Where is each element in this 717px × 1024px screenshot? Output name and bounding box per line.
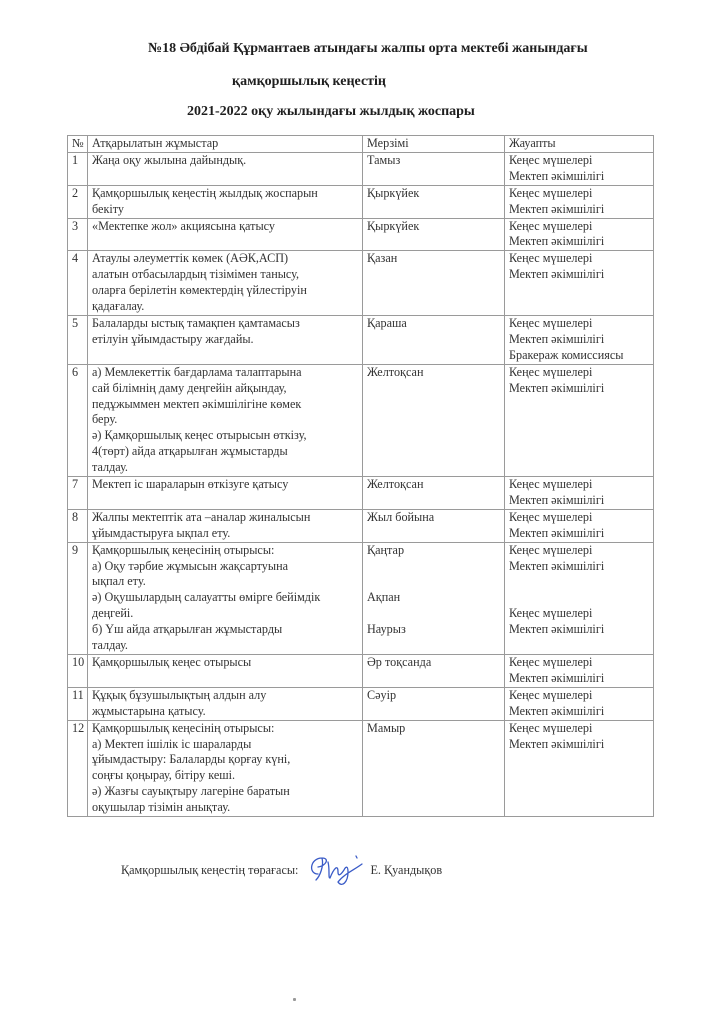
work-description-line: беру. xyxy=(92,412,359,428)
responsible-line: Кеңес мүшелері xyxy=(509,688,650,704)
work-description-line: Мектеп іс шараларын өткізуге қатысу xyxy=(92,477,359,493)
table-row: 10Қамқоршылық кеңес отырысыӘр тоқсандаКе… xyxy=(68,655,654,688)
responsible: Кеңес мүшелеріМектеп әкімшілігі xyxy=(505,185,654,218)
work-description: Жаңа оқу жылына дайындық. xyxy=(88,152,363,185)
work-description-line: Қамқоршылық кеңестің жылдық жоспарын xyxy=(92,186,359,202)
table-row: 9Қамқоршылық кеңесінің отырысы:а) Оқу тә… xyxy=(68,542,654,654)
table-row: 1Жаңа оқу жылына дайындық.ТамызКеңес мүш… xyxy=(68,152,654,185)
deadline: ҚаңтарАқпанНаурыз xyxy=(363,542,505,654)
work-description-line: б) Үш айда атқарылған жұмыстарды xyxy=(92,622,359,638)
deadline-line: Қыркүйек xyxy=(367,219,501,235)
work-description-line: а) Оқу тәрбие жұмысын жақсартуына xyxy=(92,559,359,575)
header-deadline: Мерзімі xyxy=(363,136,505,153)
work-description: Мектеп іс шараларын өткізуге қатысу xyxy=(88,477,363,510)
deadline: Желтоқсан xyxy=(363,477,505,510)
work-description: Балаларды ыстық тамақпен қамтамасызетілу… xyxy=(88,315,363,364)
row-number: 6 xyxy=(68,364,88,476)
work-description-line: Атаулы әлеуметтік көмек (АӘК,АСП) xyxy=(92,251,359,267)
responsible-line: Мектеп әкімшілігі xyxy=(509,622,650,638)
table-row: 6а) Мемлекеттік бағдарлама талаптарынаса… xyxy=(68,364,654,476)
responsible-line: Кеңес мүшелері xyxy=(509,510,650,526)
header-number: № xyxy=(68,136,88,153)
responsible-line: Мектеп әкімшілігі xyxy=(509,381,650,397)
work-description: Жалпы мектептік ата –аналар жиналысынұйы… xyxy=(88,509,363,542)
work-description-line: ә) Жазғы сауықтыру лагеріне баратын xyxy=(92,784,359,800)
responsible: Кеңес мүшелеріМектеп әкімшілігі xyxy=(505,152,654,185)
responsible: Кеңес мүшелеріМектеп әкімшілігі xyxy=(505,687,654,720)
deadline: Әр тоқсанда xyxy=(363,655,505,688)
deadline: Желтоқсан xyxy=(363,364,505,476)
responsible: Кеңес мүшелеріМектеп әкімшілігі xyxy=(505,477,654,510)
deadline-line xyxy=(367,574,501,590)
document-title-line-3: 2021-2022 оқу жылындағы жылдық жоспары xyxy=(187,104,475,120)
responsible: Кеңес мүшелеріМектеп әкімшілігі xyxy=(505,218,654,251)
table-row: 11Құқық бұзушылықтың алдын алужұмыстарын… xyxy=(68,687,654,720)
work-description-line: қадағалау. xyxy=(92,299,359,315)
deadline-line: Желтоқсан xyxy=(367,365,501,381)
responsible-line: Кеңес мүшелері xyxy=(509,186,650,202)
work-description-line: Жаңа оқу жылына дайындық. xyxy=(92,153,359,169)
responsible-line: Кеңес мүшелері xyxy=(509,219,650,235)
work-description-line: оқушылар тізімін анықтау. xyxy=(92,800,359,816)
row-number: 11 xyxy=(68,687,88,720)
scan-speck xyxy=(293,998,296,1001)
work-description-line: соңғы қоңырау, бітіру кеші. xyxy=(92,768,359,784)
work-description-line: жұмыстарына қатысу. xyxy=(92,704,359,720)
work-description-line: Балаларды ыстық тамақпен қамтамасыз xyxy=(92,316,359,332)
deadline-line: Қазан xyxy=(367,251,501,267)
work-description-line: а) Мектеп ішілік іс шараларды xyxy=(92,737,359,753)
work-description-line: талдау. xyxy=(92,638,359,654)
row-number: 1 xyxy=(68,152,88,185)
deadline-line: Наурыз xyxy=(367,622,501,638)
deadline-line: Желтоқсан xyxy=(367,477,501,493)
work-description-line: талдау. xyxy=(92,460,359,476)
responsible: Кеңес мүшелеріМектеп әкімшілігіБракераж … xyxy=(505,315,654,364)
header-responsible: Жауапты xyxy=(505,136,654,153)
deadline: Мамыр xyxy=(363,720,505,816)
handwritten-signature-icon xyxy=(304,852,368,888)
work-description-line: сай білімнің даму деңгейін айқындау, xyxy=(92,381,359,397)
work-description-line: Қамқоршылық кеңесінің отырысы: xyxy=(92,721,359,737)
work-description: Құқық бұзушылықтың алдын алужұмыстарына … xyxy=(88,687,363,720)
deadline: Тамыз xyxy=(363,152,505,185)
work-description: Қамқоршылық кеңестің жылдық жоспарынбекі… xyxy=(88,185,363,218)
row-number: 8 xyxy=(68,509,88,542)
responsible-line: Мектеп әкімшілігі xyxy=(509,704,650,720)
work-description-line: ә) Қамқоршылық кеңес отырысын өткізу, xyxy=(92,428,359,444)
responsible-line: Кеңес мүшелері xyxy=(509,543,650,559)
work-description-line: 4(төрт) айда атқарылған жұмыстарды xyxy=(92,444,359,460)
responsible: Кеңес мүшелеріМектеп әкімшілігі xyxy=(505,251,654,316)
responsible-line: Мектеп әкімшілігі xyxy=(509,559,650,575)
work-description: Қамқоршылық кеңес отырысы xyxy=(88,655,363,688)
work-description-line: бекіту xyxy=(92,202,359,218)
deadline-line: Тамыз xyxy=(367,153,501,169)
responsible-line: Мектеп әкімшілігі xyxy=(509,526,650,542)
responsible-line: Мектеп әкімшілігі xyxy=(509,493,650,509)
deadline: Қыркүйек xyxy=(363,218,505,251)
deadline-line: Сәуір xyxy=(367,688,501,704)
responsible-line: Мектеп әкімшілігі xyxy=(509,202,650,218)
work-description-line: деңгейі. xyxy=(92,606,359,622)
row-number: 12 xyxy=(68,720,88,816)
work-description: Қамқоршылық кеңесінің отырысы:а) Мектеп … xyxy=(88,720,363,816)
deadline-line: Ақпан xyxy=(367,590,501,606)
responsible-line: Мектеп әкімшілігі xyxy=(509,234,650,250)
deadline: Жыл бойына xyxy=(363,509,505,542)
deadline-line xyxy=(367,559,501,575)
work-description: Қамқоршылық кеңесінің отырысы:а) Оқу тәр… xyxy=(88,542,363,654)
responsible: Кеңес мүшелеріМектеп әкімшілігі xyxy=(505,509,654,542)
work-description-line: ұйымдастыруға ықпал ету. xyxy=(92,526,359,542)
table-row: 7Мектеп іс шараларын өткізуге қатысуЖелт… xyxy=(68,477,654,510)
deadline-line: Әр тоқсанда xyxy=(367,655,501,671)
work-description-line: а) Мемлекеттік бағдарлама талаптарына xyxy=(92,365,359,381)
deadline: Қыркүйек xyxy=(363,185,505,218)
deadline-line xyxy=(367,606,501,622)
deadline-line: Қараша xyxy=(367,316,501,332)
annual-plan-table: № Атқарылатын жұмыстар Мерзімі Жауапты 1… xyxy=(67,135,654,817)
table-row: 3«Мектепке жол» акциясына қатысуҚыркүйек… xyxy=(68,218,654,251)
work-description-line: Жалпы мектептік ата –аналар жиналысын xyxy=(92,510,359,526)
deadline: Қазан xyxy=(363,251,505,316)
header-work: Атқарылатын жұмыстар xyxy=(88,136,363,153)
responsible-line: Кеңес мүшелері xyxy=(509,316,650,332)
work-description: «Мектепке жол» акциясына қатысу xyxy=(88,218,363,251)
signature-block: Қамқоршылық кеңестің төрағасы: Е. Қуанды… xyxy=(121,852,442,888)
work-description-line: Құқық бұзушылықтың алдын алу xyxy=(92,688,359,704)
work-description-line: Қамқоршылық кеңесінің отырысы: xyxy=(92,543,359,559)
responsible-line: Мектеп әкімшілігі xyxy=(509,332,650,348)
work-description-line: етілуін ұйымдастыру жағдайы. xyxy=(92,332,359,348)
work-description-line: оларға берілетін көмектердің үйлестіруін xyxy=(92,283,359,299)
responsible-line: Кеңес мүшелері xyxy=(509,655,650,671)
responsible-line: Кеңес мүшелері xyxy=(509,721,650,737)
work-description-line: ә) Оқушылардың салауатты өмірге бейімдік xyxy=(92,590,359,606)
responsible-line xyxy=(509,574,650,590)
chairman-label: Қамқоршылық кеңестің төрағасы: xyxy=(121,863,298,878)
table-body: 1Жаңа оқу жылына дайындық.ТамызКеңес мүш… xyxy=(68,152,654,816)
responsible-line: Бракераж комиссиясы xyxy=(509,348,650,364)
row-number: 5 xyxy=(68,315,88,364)
document-title-line-1: №18 Әбдібай Құрмантаев атындағы жалпы ор… xyxy=(148,41,588,57)
responsible: Кеңес мүшелеріМектеп әкімшілігі xyxy=(505,655,654,688)
deadline: Сәуір xyxy=(363,687,505,720)
deadline-line: Жыл бойына xyxy=(367,510,501,526)
row-number: 2 xyxy=(68,185,88,218)
work-description-line: «Мектепке жол» акциясына қатысу xyxy=(92,219,359,235)
deadline-line: Мамыр xyxy=(367,721,501,737)
responsible-line: Кеңес мүшелері xyxy=(509,606,650,622)
responsible: Кеңес мүшелеріМектеп әкімшілігі xyxy=(505,364,654,476)
work-description-line: ықпал ету. xyxy=(92,574,359,590)
document-title-line-2: қамқоршылық кеңестің xyxy=(232,74,386,90)
table-row: 2Қамқоршылық кеңестің жылдық жоспарынбек… xyxy=(68,185,654,218)
chairman-name: Е. Қуандықов xyxy=(370,863,442,878)
table-header-row: № Атқарылатын жұмыстар Мерзімі Жауапты xyxy=(68,136,654,153)
work-description-line: ұйымдастыру: Балаларды қорғау күні, xyxy=(92,752,359,768)
responsible-line: Мектеп әкімшілігі xyxy=(509,671,650,687)
responsible-line: Мектеп әкімшілігі xyxy=(509,267,650,283)
table-row: 12Қамқоршылық кеңесінің отырысы:а) Мекте… xyxy=(68,720,654,816)
row-number: 4 xyxy=(68,251,88,316)
work-description: а) Мемлекеттік бағдарлама талаптарынасай… xyxy=(88,364,363,476)
row-number: 7 xyxy=(68,477,88,510)
responsible-line: Кеңес мүшелері xyxy=(509,365,650,381)
work-description-line: алатын отбасылардың тізімімен танысу, xyxy=(92,267,359,283)
table-row: 5Балаларды ыстық тамақпен қамтамасызетіл… xyxy=(68,315,654,364)
table-row: 8Жалпы мектептік ата –аналар жиналысынұй… xyxy=(68,509,654,542)
work-description: Атаулы әлеуметтік көмек (АӘК,АСП)алатын … xyxy=(88,251,363,316)
responsible-line: Мектеп әкімшілігі xyxy=(509,737,650,753)
responsible-line: Кеңес мүшелері xyxy=(509,251,650,267)
responsible: Кеңес мүшелеріМектеп әкімшілігіКеңес мүш… xyxy=(505,542,654,654)
deadline-line: Қаңтар xyxy=(367,543,501,559)
work-description-line: педұжыммен мектеп әкімшілігіне көмек xyxy=(92,397,359,413)
deadline-line: Қыркүйек xyxy=(367,186,501,202)
row-number: 10 xyxy=(68,655,88,688)
row-number: 3 xyxy=(68,218,88,251)
row-number: 9 xyxy=(68,542,88,654)
table-row: 4Атаулы әлеуметтік көмек (АӘК,АСП)алатын… xyxy=(68,251,654,316)
responsible-line: Кеңес мүшелері xyxy=(509,477,650,493)
responsible: Кеңес мүшелеріМектеп әкімшілігі xyxy=(505,720,654,816)
work-description-line: Қамқоршылық кеңес отырысы xyxy=(92,655,359,671)
responsible-line xyxy=(509,590,650,606)
deadline: Қараша xyxy=(363,315,505,364)
responsible-line: Мектеп әкімшілігі xyxy=(509,169,650,185)
responsible-line: Кеңес мүшелері xyxy=(509,153,650,169)
